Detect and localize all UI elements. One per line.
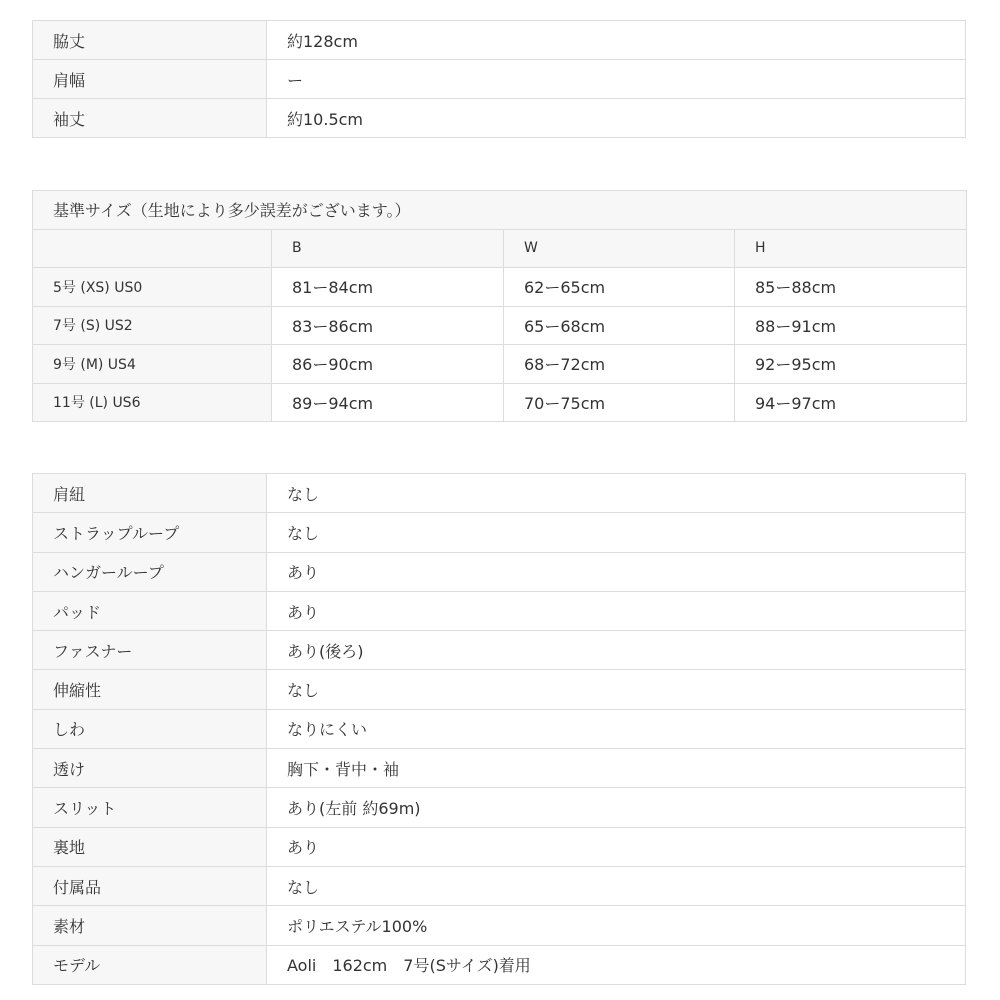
size-chart-header-row: B W H bbox=[33, 229, 967, 268]
row-value: あり(左前 約69m) bbox=[267, 788, 966, 827]
table-row: 肩紐なし bbox=[33, 474, 966, 513]
row-value: あり bbox=[267, 591, 966, 630]
row-label: 肩紐 bbox=[33, 474, 267, 513]
waist-value: 70ー75cm bbox=[504, 383, 735, 422]
row-label: 伸縮性 bbox=[33, 670, 267, 709]
row-label: しわ bbox=[33, 709, 267, 748]
row-label: パッド bbox=[33, 591, 267, 630]
table-row: ハンガーループあり bbox=[33, 552, 966, 591]
table-row: 9号 (M) US4 86ー90cm 68ー72cm 92ー95cm bbox=[33, 345, 967, 384]
table-row: 袖丈 約10.5cm bbox=[33, 99, 966, 138]
row-value: あり bbox=[267, 552, 966, 591]
header-size bbox=[33, 229, 272, 268]
row-value: ポリエステル100% bbox=[267, 906, 966, 945]
measurements-table: 脇丈 約128cm 肩幅 ー 袖丈 約10.5cm bbox=[32, 20, 966, 138]
table-row: スリットあり(左前 約69m) bbox=[33, 788, 966, 827]
size-chart-title-row: 基準サイズ（生地により多少誤差がございます。） bbox=[33, 191, 967, 230]
details-table: 肩紐なし ストラップループなし ハンガーループあり パッドあり ファスナーあり(… bbox=[32, 473, 966, 985]
row-value: なし bbox=[267, 670, 966, 709]
table-row: パッドあり bbox=[33, 591, 966, 630]
table-row: モデルAoli 162cm 7号(Sサイズ)着用 bbox=[33, 945, 966, 984]
row-value: ー bbox=[267, 60, 966, 99]
bust-value: 83ー86cm bbox=[272, 306, 504, 345]
table-row: 裏地あり bbox=[33, 827, 966, 866]
row-value: あり(後ろ) bbox=[267, 631, 966, 670]
table-row: ファスナーあり(後ろ) bbox=[33, 631, 966, 670]
row-label: 裏地 bbox=[33, 827, 267, 866]
table-row: 肩幅 ー bbox=[33, 60, 966, 99]
size-chart-title: 基準サイズ（生地により多少誤差がございます。） bbox=[33, 191, 967, 230]
size-label: 7号 (S) US2 bbox=[33, 306, 272, 345]
row-label: モデル bbox=[33, 945, 267, 984]
row-label: 付属品 bbox=[33, 866, 267, 905]
table-row: 5号 (XS) US0 81ー84cm 62ー65cm 85ー88cm bbox=[33, 268, 967, 307]
waist-value: 68ー72cm bbox=[504, 345, 735, 384]
bust-value: 86ー90cm bbox=[272, 345, 504, 384]
row-value: Aoli 162cm 7号(Sサイズ)着用 bbox=[267, 945, 966, 984]
table-row: ストラップループなし bbox=[33, 513, 966, 552]
size-label: 9号 (M) US4 bbox=[33, 345, 272, 384]
size-chart-table: 基準サイズ（生地により多少誤差がございます。） B W H 5号 (XS) US… bbox=[32, 190, 967, 422]
row-value: なし bbox=[267, 866, 966, 905]
row-value: なし bbox=[267, 513, 966, 552]
hip-value: 94ー97cm bbox=[735, 383, 967, 422]
table-row: 脇丈 約128cm bbox=[33, 21, 966, 60]
bust-value: 81ー84cm bbox=[272, 268, 504, 307]
table-row: 伸縮性なし bbox=[33, 670, 966, 709]
row-label: 肩幅 bbox=[33, 60, 267, 99]
table-row: 7号 (S) US2 83ー86cm 65ー68cm 88ー91cm bbox=[33, 306, 967, 345]
row-label: ストラップループ bbox=[33, 513, 267, 552]
row-label: ハンガーループ bbox=[33, 552, 267, 591]
hip-value: 88ー91cm bbox=[735, 306, 967, 345]
row-value: なし bbox=[267, 474, 966, 513]
row-value: 胸下・背中・袖 bbox=[267, 749, 966, 788]
size-label: 11号 (L) US6 bbox=[33, 383, 272, 422]
row-value: 約128cm bbox=[267, 21, 966, 60]
bust-value: 89ー94cm bbox=[272, 383, 504, 422]
header-hip: H bbox=[735, 229, 967, 268]
size-label: 5号 (XS) US0 bbox=[33, 268, 272, 307]
row-value: あり bbox=[267, 827, 966, 866]
header-waist: W bbox=[504, 229, 735, 268]
row-label: スリット bbox=[33, 788, 267, 827]
table-row: 11号 (L) US6 89ー94cm 70ー75cm 94ー97cm bbox=[33, 383, 967, 422]
row-label: 脇丈 bbox=[33, 21, 267, 60]
row-label: 袖丈 bbox=[33, 99, 267, 138]
row-value: 約10.5cm bbox=[267, 99, 966, 138]
table-row: 透け胸下・背中・袖 bbox=[33, 749, 966, 788]
row-label: 透け bbox=[33, 749, 267, 788]
row-value: なりにくい bbox=[267, 709, 966, 748]
row-label: ファスナー bbox=[33, 631, 267, 670]
table-row: しわなりにくい bbox=[33, 709, 966, 748]
hip-value: 92ー95cm bbox=[735, 345, 967, 384]
waist-value: 65ー68cm bbox=[504, 306, 735, 345]
header-bust: B bbox=[272, 229, 504, 268]
waist-value: 62ー65cm bbox=[504, 268, 735, 307]
hip-value: 85ー88cm bbox=[735, 268, 967, 307]
row-label: 素材 bbox=[33, 906, 267, 945]
table-row: 付属品なし bbox=[33, 866, 966, 905]
table-row: 素材ポリエステル100% bbox=[33, 906, 966, 945]
